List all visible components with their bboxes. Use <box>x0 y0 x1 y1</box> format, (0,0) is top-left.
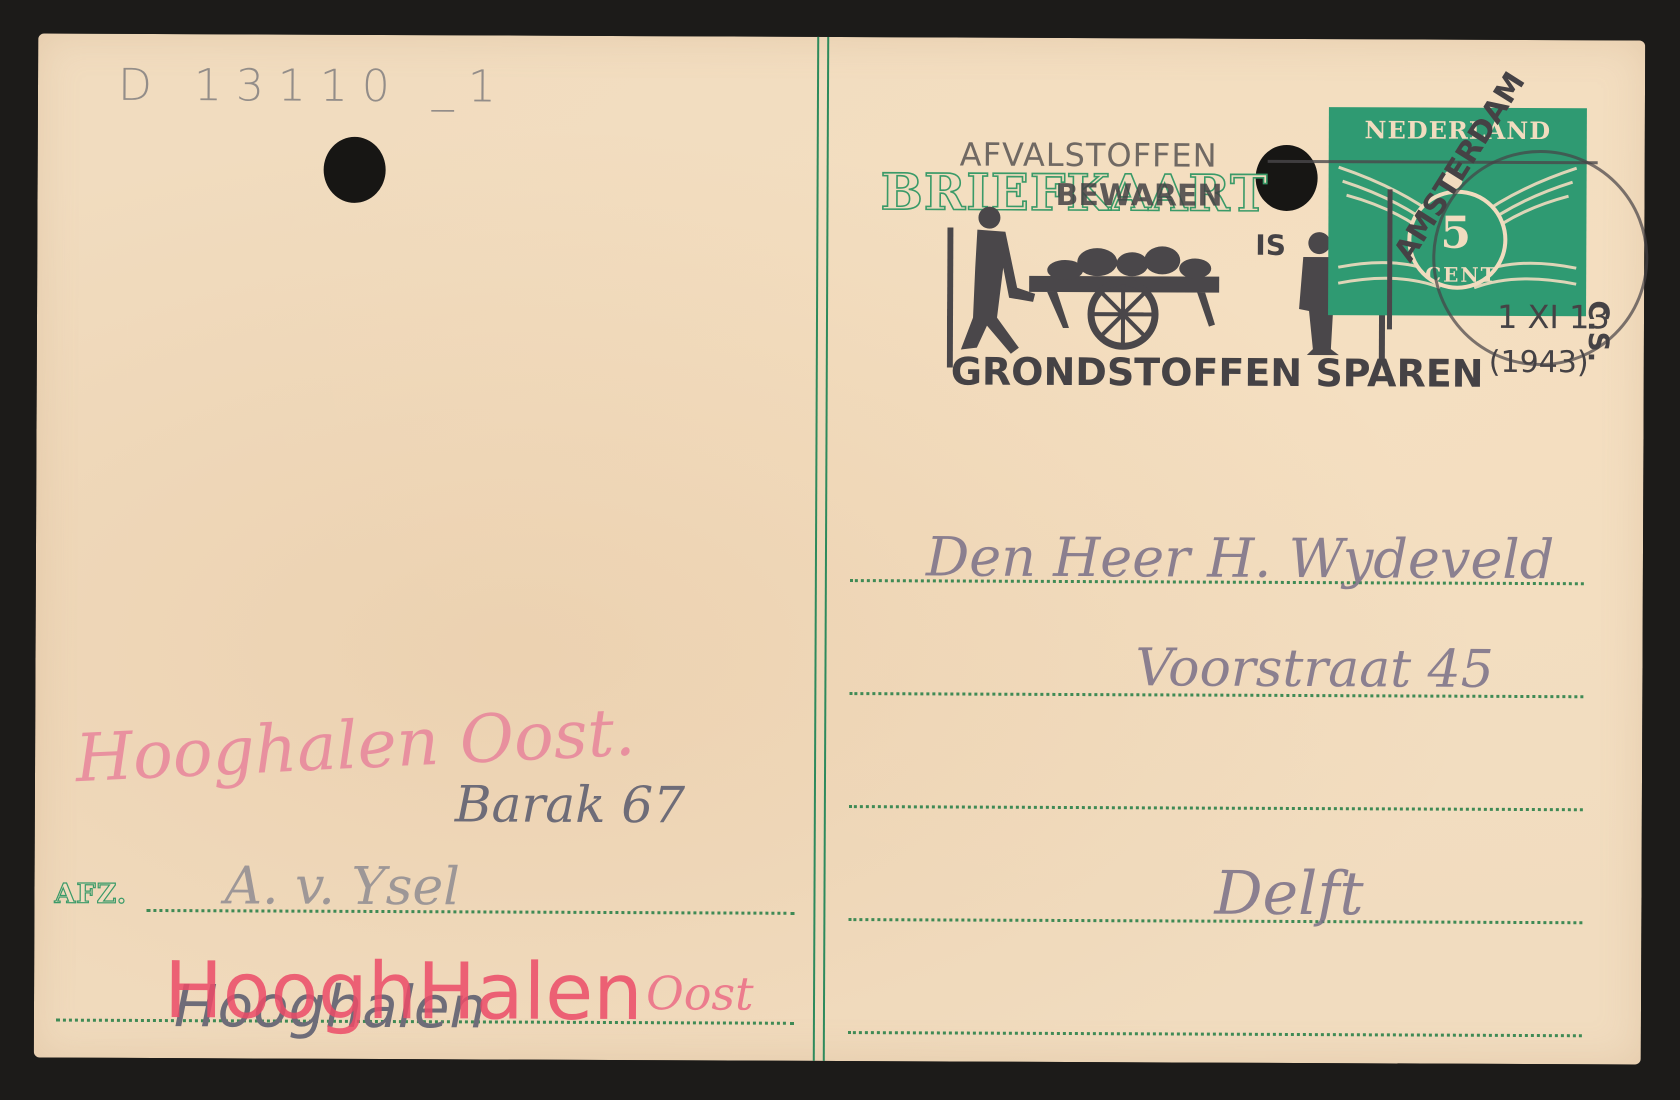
postmark-date: 1 XI 13 <box>1497 298 1610 336</box>
postmark-year-value: 1943 <box>1500 345 1577 380</box>
divider-line-right <box>823 37 829 1061</box>
sender-label: AFZ. <box>54 879 127 910</box>
cart-illustration-icon <box>947 197 1388 369</box>
sender-barrack: Barak 67 <box>455 775 685 834</box>
recipient-city: Delft <box>1214 859 1363 930</box>
sender-red-camp-bottom: HooghHalen <box>164 946 643 1038</box>
divider-line-left <box>813 37 819 1061</box>
sender-red-oost: Oost <box>646 966 754 1020</box>
postcard: D 13110 _1 BRIEFKAART AFVALSTOFFEN BEWAR… <box>34 33 1645 1064</box>
recipient-street: Voorstraat 45 <box>1135 638 1494 700</box>
cancel-vertical-bar <box>1387 189 1393 329</box>
recipient-name: Den Heer H. Wydeveld <box>926 525 1555 591</box>
archive-number: D 13110 _1 <box>118 60 510 113</box>
sender-name: A. v. Ysel <box>224 856 460 917</box>
slogan-line-afvalstoffen: AFVALSTOFFEN <box>960 136 1218 175</box>
punch-hole-left <box>324 137 386 203</box>
address-line-5 <box>848 1031 1582 1037</box>
postmark-year: (1943) <box>1489 345 1589 380</box>
address-line-3 <box>849 805 1583 811</box>
